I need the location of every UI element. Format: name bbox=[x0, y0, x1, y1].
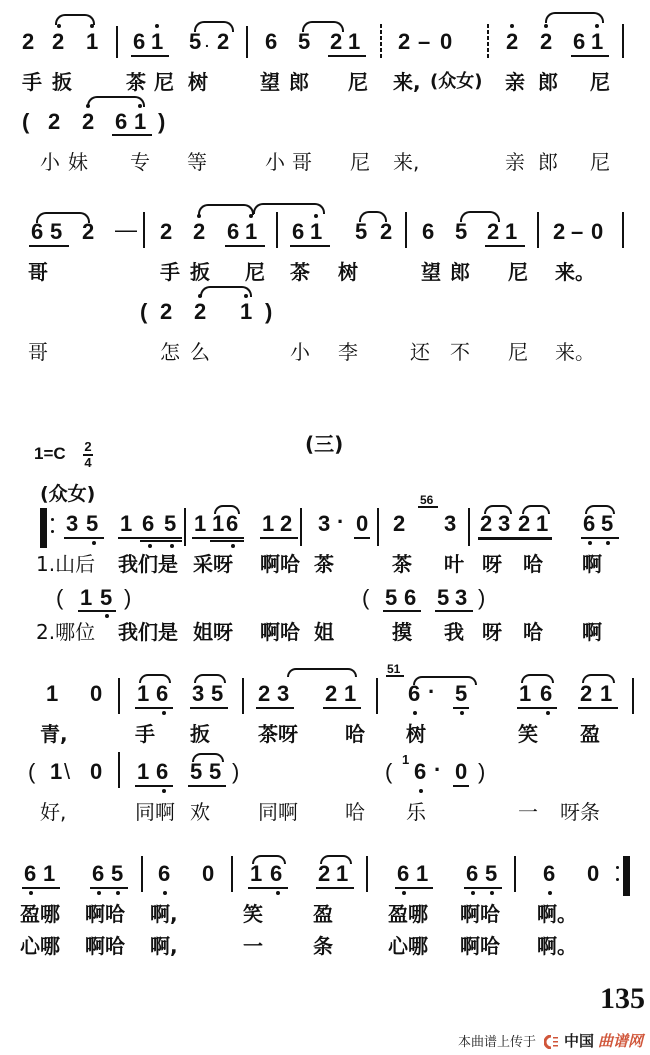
lyric: 小 bbox=[265, 150, 285, 174]
note: 1 bbox=[46, 682, 58, 706]
lyric: 心哪 bbox=[20, 934, 60, 958]
barline bbox=[300, 508, 302, 546]
note: 2 bbox=[393, 512, 405, 536]
barline bbox=[118, 678, 120, 714]
rest: 0 bbox=[587, 862, 599, 886]
slur bbox=[545, 12, 604, 23]
note: 1 bbox=[151, 30, 163, 54]
low-octave-dot bbox=[490, 891, 494, 895]
note: 5 bbox=[189, 30, 201, 54]
slur bbox=[194, 674, 226, 683]
lyric: 啊哈 bbox=[85, 902, 125, 926]
lyric: 姐呀 bbox=[193, 620, 233, 644]
note: 5 bbox=[298, 30, 310, 54]
slur bbox=[192, 753, 224, 762]
lyric: 手 bbox=[135, 722, 155, 746]
lyric: 么 bbox=[190, 340, 210, 364]
note: 6 bbox=[115, 110, 127, 134]
lyric: 郎 bbox=[450, 260, 470, 284]
note: 2 bbox=[52, 30, 64, 54]
lyric: 怎 bbox=[160, 340, 180, 364]
high-octave-dot bbox=[510, 24, 514, 28]
low-octave-dot bbox=[460, 711, 464, 715]
lyric: 哈 bbox=[345, 722, 365, 746]
lyric: 同啊 bbox=[135, 800, 175, 824]
note: 5 bbox=[164, 512, 176, 536]
note: 6 bbox=[543, 862, 555, 886]
lyric: 盈哪 bbox=[388, 902, 428, 926]
lyric: 哈 bbox=[345, 800, 365, 824]
barline bbox=[366, 856, 368, 892]
lyric: 一 bbox=[518, 800, 538, 824]
eighth-underline bbox=[29, 245, 69, 247]
note: 2 bbox=[48, 110, 60, 134]
augmentation-dot: · bbox=[434, 758, 441, 782]
high-octave-dot bbox=[314, 214, 318, 218]
note: 6 bbox=[265, 30, 277, 54]
note: 2 bbox=[580, 682, 592, 706]
barline bbox=[376, 678, 378, 714]
note: 5 bbox=[385, 586, 397, 610]
note: 2 bbox=[487, 220, 499, 244]
note: 5 bbox=[355, 220, 367, 244]
eighth-underline bbox=[517, 707, 557, 709]
lyric: 笑 bbox=[243, 902, 263, 926]
note: 6 bbox=[226, 512, 238, 536]
barline bbox=[622, 212, 624, 248]
note: 2 bbox=[325, 682, 337, 706]
note: 2 bbox=[540, 30, 552, 54]
barline bbox=[143, 212, 145, 248]
lyric: 姐 bbox=[314, 620, 334, 644]
note: 6 bbox=[404, 586, 416, 610]
lyric: 望 bbox=[260, 70, 280, 94]
high-octave-dot bbox=[544, 24, 548, 28]
lyric: 茶 bbox=[126, 70, 146, 94]
barline bbox=[622, 24, 624, 58]
note: 5 bbox=[211, 682, 223, 706]
note: 1 bbox=[43, 862, 55, 886]
note: 1 bbox=[250, 862, 262, 886]
lyric: 茶呀 bbox=[258, 722, 298, 746]
low-octave-dot bbox=[419, 789, 423, 793]
lyric: 树 bbox=[188, 70, 208, 94]
lyric: 哥 bbox=[28, 260, 48, 284]
slur bbox=[460, 211, 500, 222]
low-octave-dot bbox=[413, 711, 417, 715]
note: 1 bbox=[120, 512, 132, 536]
note: 5 bbox=[437, 586, 449, 610]
high-octave-dot bbox=[595, 24, 599, 28]
grace-underline bbox=[418, 506, 438, 508]
note: 6 bbox=[31, 220, 43, 244]
lyric: 妹 bbox=[68, 150, 88, 174]
lyric: 1.山后 bbox=[36, 552, 95, 576]
eighth-underline bbox=[383, 610, 421, 612]
lyric: 茶 bbox=[290, 260, 310, 284]
note: 2 bbox=[480, 512, 492, 536]
note: 5 bbox=[50, 220, 62, 244]
lyric: 不 bbox=[450, 340, 470, 364]
note: 6 bbox=[414, 760, 426, 784]
sixteenth-underline bbox=[140, 540, 182, 542]
lyric: 茶 bbox=[314, 552, 334, 576]
barline bbox=[468, 508, 470, 546]
slur bbox=[484, 505, 512, 514]
barline bbox=[377, 508, 379, 546]
grace-underline bbox=[386, 675, 404, 677]
barline bbox=[405, 212, 407, 248]
eighth-underline bbox=[435, 610, 473, 612]
slash: \ bbox=[64, 760, 70, 784]
note: 1 bbox=[505, 220, 517, 244]
eighth-underline bbox=[316, 887, 354, 889]
low-octave-dot bbox=[170, 544, 174, 548]
eighth-underline bbox=[188, 785, 226, 787]
lyric: 尼 bbox=[245, 260, 265, 284]
note: 2 bbox=[258, 682, 270, 706]
note: 2 bbox=[553, 220, 565, 244]
note: 6 bbox=[156, 682, 168, 706]
lyric: 啊哈 bbox=[260, 552, 300, 576]
augmentation-dot: · bbox=[337, 510, 344, 534]
lyric: 尼 bbox=[508, 340, 528, 364]
voice-indicator: (众女) bbox=[40, 482, 95, 506]
repeat-dot bbox=[616, 878, 619, 881]
note: 5 bbox=[455, 220, 467, 244]
paren-close: ) bbox=[158, 110, 165, 134]
lyric: 啊哈 bbox=[460, 902, 500, 926]
note: 2 bbox=[518, 512, 530, 536]
lyric: 欢 bbox=[190, 800, 210, 824]
lyric: 尼 bbox=[590, 150, 610, 174]
site-brand-part2[interactable]: 曲谱网 bbox=[598, 1030, 643, 1051]
lyric: 啊, bbox=[150, 934, 178, 958]
lyric: 亲 bbox=[505, 70, 525, 94]
note: 1 bbox=[348, 30, 360, 54]
paren-close: ) bbox=[478, 586, 485, 610]
eighth-underline bbox=[131, 55, 169, 57]
repeat-end-bar bbox=[623, 856, 630, 896]
slur bbox=[214, 505, 240, 514]
lyric: 郎 bbox=[538, 150, 558, 174]
page-number: 135 bbox=[600, 982, 645, 1016]
low-octave-dot bbox=[97, 891, 101, 895]
grace-notes: 56 bbox=[420, 493, 433, 507]
slur bbox=[522, 505, 550, 514]
eighth-underline bbox=[256, 707, 294, 709]
note: 1 bbox=[344, 682, 356, 706]
lyric: 青, bbox=[40, 722, 68, 746]
slur bbox=[585, 505, 615, 514]
footer: 本曲谱上传于 中国曲谱网 bbox=[458, 1030, 643, 1051]
barline bbox=[276, 212, 278, 248]
dash: – bbox=[571, 220, 583, 244]
low-octave-dot bbox=[231, 544, 235, 548]
slur bbox=[302, 21, 344, 32]
low-octave-dot bbox=[276, 891, 280, 895]
high-octave-dot bbox=[155, 24, 159, 28]
paren-close: ) bbox=[124, 586, 131, 610]
barline bbox=[537, 212, 539, 248]
lyric: 2.哪位 bbox=[36, 620, 95, 644]
lyric: 尼 bbox=[350, 150, 370, 174]
site-logo-icon bbox=[544, 1034, 560, 1048]
time-sig-bottom: 4 bbox=[82, 456, 94, 469]
lyric: 尼 bbox=[154, 70, 174, 94]
note: 1 bbox=[194, 512, 206, 536]
eighth-underline bbox=[22, 887, 60, 889]
slur bbox=[253, 203, 325, 214]
eighth-underline bbox=[578, 707, 618, 709]
barline bbox=[246, 26, 248, 58]
note: 6 bbox=[573, 30, 585, 54]
note: 2 bbox=[82, 110, 94, 134]
note: 5 bbox=[86, 512, 98, 536]
barline bbox=[380, 24, 382, 58]
note: 6 bbox=[156, 760, 168, 784]
note: 5 bbox=[100, 586, 112, 610]
note: 1 bbox=[240, 300, 252, 324]
lyric: 啊哈 bbox=[85, 934, 125, 958]
eighth-underline bbox=[581, 537, 619, 539]
barline bbox=[141, 856, 143, 892]
note: 1 bbox=[591, 30, 603, 54]
grace-note: 1 bbox=[402, 752, 409, 767]
note: 1 bbox=[80, 586, 92, 610]
lyric: 好, bbox=[40, 800, 66, 824]
paren-close: ) bbox=[478, 760, 485, 784]
lyric: 哥 bbox=[28, 340, 48, 364]
note: 3 bbox=[318, 512, 330, 536]
note: 1 bbox=[245, 220, 257, 244]
voice-indicator: (众女) bbox=[430, 70, 482, 94]
lyric: 望 bbox=[421, 260, 441, 284]
note: 6 bbox=[422, 220, 434, 244]
eighth-underline bbox=[453, 707, 469, 709]
eighth-underline bbox=[78, 610, 116, 612]
lyric: 啊哈 bbox=[260, 620, 300, 644]
low-octave-dot bbox=[548, 891, 552, 895]
note: 1 bbox=[212, 512, 224, 536]
slur bbox=[287, 668, 357, 677]
lyric: 手 bbox=[22, 70, 42, 94]
lyric: 呀 bbox=[482, 620, 502, 644]
low-octave-dot bbox=[92, 541, 96, 545]
low-octave-dot bbox=[588, 541, 592, 545]
low-octave-dot bbox=[471, 891, 475, 895]
note: 5 bbox=[111, 862, 123, 886]
note: 6 bbox=[583, 512, 595, 536]
slur bbox=[359, 211, 387, 222]
lyric: 小 bbox=[290, 340, 310, 364]
dash: – bbox=[418, 30, 430, 54]
lyric: 手 bbox=[160, 260, 180, 284]
slur bbox=[521, 674, 554, 683]
slur bbox=[252, 855, 286, 864]
lyric: 摸 bbox=[392, 620, 412, 644]
barline bbox=[487, 24, 489, 58]
note: 1 bbox=[416, 862, 428, 886]
site-brand-part1[interactable]: 中国 bbox=[564, 1030, 594, 1051]
lyric: 啊, bbox=[150, 902, 178, 926]
paren-open: ( bbox=[385, 760, 392, 784]
low-octave-dot bbox=[402, 891, 406, 895]
note: 1 bbox=[134, 110, 146, 134]
lyric: 郎 bbox=[289, 70, 309, 94]
lyric: 啊。 bbox=[537, 934, 577, 958]
key-signature: 1=C bbox=[34, 444, 66, 464]
lyric: 尼 bbox=[508, 260, 528, 284]
low-octave-dot bbox=[162, 711, 166, 715]
barline bbox=[514, 856, 516, 892]
lyric: 盈哪 bbox=[20, 902, 60, 926]
low-octave-dot bbox=[105, 614, 109, 618]
low-octave-dot bbox=[116, 891, 120, 895]
lyric: 我们是 bbox=[118, 620, 178, 644]
note: 5 bbox=[455, 682, 467, 706]
dot-separator: . bbox=[205, 30, 209, 54]
eighth-underline bbox=[328, 55, 366, 57]
note: 1 bbox=[50, 760, 62, 784]
eighth-underline bbox=[64, 537, 104, 539]
section-title: (三) bbox=[305, 428, 343, 457]
low-octave-dot bbox=[163, 891, 167, 895]
lyric: 盈 bbox=[580, 722, 600, 746]
paren-open: ( bbox=[140, 300, 147, 324]
note: 6 bbox=[270, 862, 282, 886]
eighth-underline bbox=[190, 707, 228, 709]
note: 2 bbox=[380, 220, 392, 244]
note: 2 bbox=[22, 30, 34, 54]
eighth-underline bbox=[118, 537, 182, 539]
dash: — bbox=[115, 218, 137, 242]
note: 2 bbox=[217, 30, 229, 54]
eighth-underline bbox=[90, 887, 128, 889]
lyric: 来。 bbox=[555, 340, 595, 364]
note: 6 bbox=[466, 862, 478, 886]
lyric: 来, bbox=[393, 150, 419, 174]
slur bbox=[582, 674, 615, 683]
lyric: 小 bbox=[40, 150, 60, 174]
note: 1 bbox=[262, 512, 274, 536]
eighth-underline bbox=[485, 245, 525, 247]
lyric: 尼 bbox=[348, 70, 368, 94]
sixteenth-underline bbox=[210, 540, 244, 542]
low-octave-dot bbox=[29, 891, 33, 895]
low-octave-dot bbox=[148, 544, 152, 548]
note: 6 bbox=[227, 220, 239, 244]
eighth-underline bbox=[225, 245, 265, 247]
note: 3 bbox=[66, 512, 78, 536]
lyric: 茶 bbox=[392, 552, 412, 576]
note: 6 bbox=[133, 30, 145, 54]
note: 1 bbox=[137, 760, 149, 784]
note: 2 bbox=[398, 30, 410, 54]
lyric: 扳 bbox=[190, 722, 210, 746]
lyric: 哈 bbox=[523, 620, 543, 644]
note: 1 bbox=[86, 30, 98, 54]
lyric: 扳 bbox=[190, 260, 210, 284]
lyric: 扳 bbox=[52, 70, 72, 94]
lyric: 哈 bbox=[523, 552, 543, 576]
footer-text: 本曲谱上传于 bbox=[458, 1031, 536, 1050]
lyric: 来, bbox=[393, 70, 421, 94]
lyric: 同啊 bbox=[258, 800, 298, 824]
rest: 0 bbox=[455, 760, 467, 784]
note: 2 bbox=[194, 300, 206, 324]
eighth-underline bbox=[135, 785, 173, 787]
note: 5 bbox=[209, 760, 221, 784]
lyric: 我 bbox=[444, 620, 464, 644]
eighth-underline bbox=[260, 537, 298, 539]
barline bbox=[118, 752, 120, 788]
repeat-start-bar bbox=[40, 508, 47, 548]
note: 3 bbox=[455, 586, 467, 610]
note: 2 bbox=[160, 300, 172, 324]
lyric: 亲 bbox=[505, 150, 525, 174]
lyric: 乐 bbox=[406, 800, 426, 824]
note: 6 bbox=[24, 862, 36, 886]
lyric: 来。 bbox=[555, 260, 595, 284]
lyric: 一 bbox=[243, 934, 263, 958]
lyric: 啊 bbox=[582, 552, 602, 576]
barline bbox=[116, 26, 118, 58]
rest: 0 bbox=[440, 30, 452, 54]
note: 3 bbox=[498, 512, 510, 536]
eighth-underline bbox=[192, 537, 244, 539]
eighth-underline bbox=[571, 55, 609, 57]
lyric: 采呀 bbox=[193, 552, 233, 576]
lyric: 我们是 bbox=[118, 552, 178, 576]
note: 1 bbox=[519, 682, 531, 706]
lyric: 条 bbox=[313, 934, 333, 958]
note: 3 bbox=[444, 512, 456, 536]
eighth-underline bbox=[464, 887, 502, 889]
note: 2 bbox=[330, 30, 342, 54]
note: 2 bbox=[506, 30, 518, 54]
lyric: 树 bbox=[406, 722, 426, 746]
note: 2 bbox=[160, 220, 172, 244]
note: 5 bbox=[485, 862, 497, 886]
time-sig-top: 2 bbox=[82, 440, 94, 453]
rest: 0 bbox=[356, 512, 368, 536]
lyric: 哥 bbox=[292, 150, 312, 174]
note: 1 bbox=[310, 220, 322, 244]
note: 1 bbox=[536, 512, 548, 536]
paren-close: ) bbox=[232, 760, 239, 784]
paren-open: ( bbox=[22, 110, 29, 134]
slur bbox=[200, 286, 252, 297]
barline bbox=[231, 856, 233, 892]
repeat-dot bbox=[616, 866, 619, 869]
note: 6 bbox=[158, 862, 170, 886]
repeat-dot bbox=[51, 518, 54, 521]
note: 6 bbox=[292, 220, 304, 244]
lyric: 笑 bbox=[518, 722, 538, 746]
note: 5 bbox=[601, 512, 613, 536]
eighth-underline bbox=[453, 785, 469, 787]
lyric: 盈 bbox=[313, 902, 333, 926]
repeat-dot bbox=[51, 530, 54, 533]
lyric: 李 bbox=[338, 340, 358, 364]
barline bbox=[184, 508, 186, 546]
slur bbox=[320, 855, 352, 864]
slur bbox=[87, 96, 145, 107]
eighth-underline bbox=[395, 887, 433, 889]
note: 2 bbox=[280, 512, 292, 536]
eighth-underline bbox=[112, 134, 152, 136]
